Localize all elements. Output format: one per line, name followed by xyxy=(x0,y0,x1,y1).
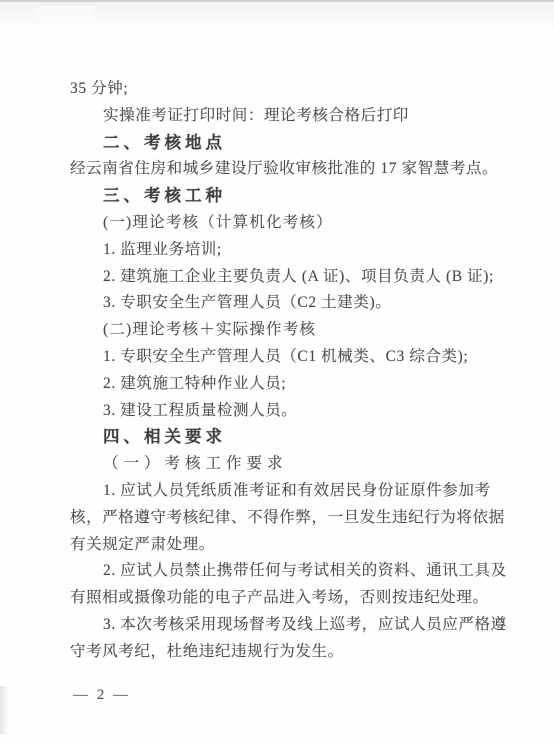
list-item: 3. 专职安全生产管理人员（C2 土建类)。 xyxy=(70,290,530,317)
section-heading: 四、相关要求 xyxy=(70,424,530,451)
scan-artifact-corner-notch xyxy=(36,8,94,21)
list-item: 3. 建设工程质量检测人员。 xyxy=(70,398,530,425)
doc-line: 1. 应试人员凭纸质准考证和有效居民身份证原件参加考 xyxy=(70,478,530,505)
doc-line: 实操准考证打印时间：理论考核合格后打印 xyxy=(70,103,530,130)
doc-line: 有关规定严肃处理。 xyxy=(70,532,530,559)
list-item: 2. 建筑施工企业主要负责人 (A 证)、项目负责人 (B 证); xyxy=(70,264,530,291)
document-page: 35 分钟; 实操准考证打印时间：理论考核合格后打印 二、考核地点 经云南省住房… xyxy=(0,0,554,744)
sub-heading: (一)理论考核（计算机化考核） xyxy=(70,210,530,237)
doc-line: 2. 应试人员禁止携带任何与考试相关的资料、通讯工具及 xyxy=(70,558,530,585)
list-item: 1. 专职安全生产管理人员（C1 机械类、C3 综合类); xyxy=(70,344,530,371)
list-item: 2. 建筑施工特种作业人员; xyxy=(70,371,530,398)
doc-line: 有照相或摄像功能的电子产品进入考场，否则按违纪处理。 xyxy=(70,585,530,612)
document-body: 35 分钟; 实操准考证打印时间：理论考核合格后打印 二、考核地点 经云南省住房… xyxy=(70,76,530,666)
doc-line: 核，严格遵守考核纪律、不得作弊，一旦发生违纪行为将依据 xyxy=(70,505,530,532)
list-item: 1. 监理业务培训; xyxy=(70,237,530,264)
section-heading: 三、考核工种 xyxy=(70,183,530,210)
page-number: — 2 — xyxy=(73,682,131,708)
doc-line: 35 分钟; xyxy=(70,76,530,103)
sub-heading: （一）考核工作要求 xyxy=(70,451,530,478)
sub-heading: (二)理论考核＋实际操作考核 xyxy=(70,317,530,344)
doc-line: 经云南省住房和城乡建设厅验收审核批准的 17 家智慧考点。 xyxy=(70,156,530,183)
section-heading: 二、考核地点 xyxy=(70,130,530,157)
scan-artifact-left-smudge xyxy=(0,686,9,734)
doc-line: 3. 本次考核采用现场督考及线上巡考，应试人员应严格遵 xyxy=(70,612,530,639)
doc-line: 守考风考纪，杜绝违纪违规行为发生。 xyxy=(70,639,530,666)
